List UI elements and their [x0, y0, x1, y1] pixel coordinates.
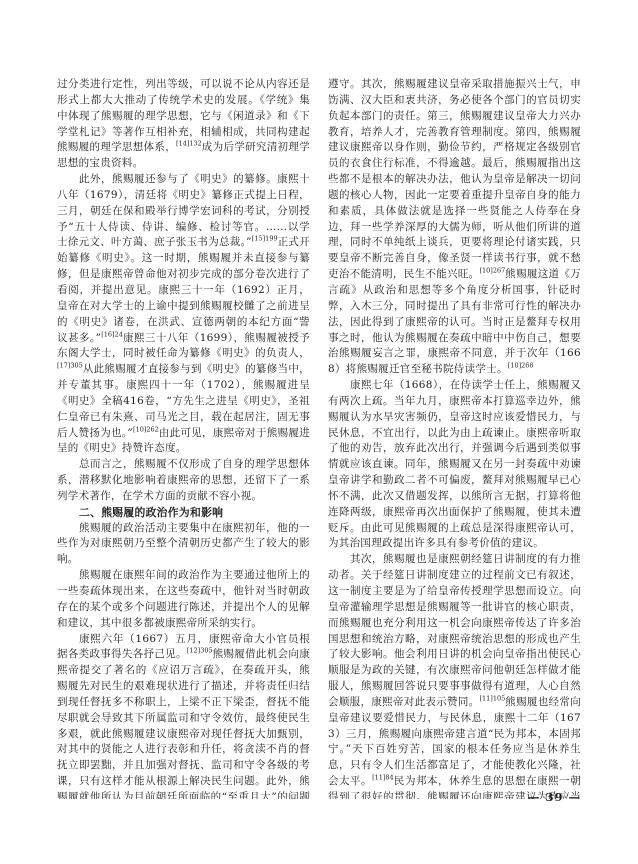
section-heading: 二、熊赐履的政治作为和影响 [57, 505, 310, 521]
paragraph: 其次，熊赐履也是康熙朝经筵日讲制度的有力推动者。关于经筵日讲制度建立的过程前文已… [328, 552, 581, 799]
body-text-run: 熊赐履也经常向皇帝建议要爱惜民力，与民休息，康熙十二年（1673）三月，熊赐履向… [328, 696, 581, 787]
page-number: — 39 — [528, 790, 581, 804]
citation-superscript: [10]268 [508, 362, 534, 370]
page-number-text: — 39 — [528, 790, 581, 804]
body-text-run: 熊赐履借此机会向康熙帝提交了著名的《应诏万言疏》，在奏疏开头，熊赐履先对民生的艰… [57, 648, 310, 799]
citation-superscript: [17]305 [57, 362, 83, 370]
text-column-right: 遵守。其次，熊赐履建议皇帝采取措施振兴士气，申饬满、汉大臣和衷共济，务必使各个部… [328, 77, 581, 799]
body-text-run: 遵守。其次，熊赐履建议皇帝采取措施振兴士气，申饬满、汉大臣和衷共济，务必使各个部… [328, 78, 581, 280]
body-text-run: 熊赐履的政治活动主要集中在康熙初年，他的一些作为对康熙朝乃至整个清朝历史都产生了… [57, 522, 310, 566]
citation-superscript: [11]105 [480, 694, 506, 702]
body-text-run: 正式开始纂修《明史》。这一时期，熊赐履并未直接参与纂修，但是康熙帝曾命他对初步完… [57, 236, 310, 343]
paragraph: 遵守。其次，熊赐履建议皇帝采取措施振兴士气，申饬满、汉大臣和衷共济，务必使各个部… [328, 77, 581, 378]
paragraph: 总而言之，熊赐履不仅形成了自身的理学思想体系，潜移默化地影响着康熙帝的思想，还留… [57, 457, 310, 505]
body-text-run: 二、熊赐履的政治作为和影响 [79, 506, 223, 519]
text-columns: 过分类进行定性，列出等级，可以说不论从内容还是形式上都大大推动了传统学术史的发展… [57, 77, 581, 799]
citation-superscript: [10]267 [480, 267, 506, 275]
citation-superscript: [14]132 [176, 140, 202, 148]
body-text-run: 康熙七年（1668），在侍读学士任上，熊赐履又有两次上疏。当年九月，康熙帝本打算… [328, 379, 581, 549]
citation-superscript: [11]84 [372, 774, 394, 782]
body-text-run: 总而言之，熊赐履不仅形成了自身的理学思想体系，潜移默化地影响着康熙帝的思想，还留… [57, 458, 310, 502]
citation-superscript: [16]24 [101, 330, 123, 338]
citation-superscript: [15]199 [252, 235, 278, 243]
paragraph: 康熙六年（1667）五月，康熙帝命大小官员根据各类政事得失各抒己见。[12]30… [57, 632, 310, 799]
paragraph: 康熙七年（1668），在侍读学士任上，熊赐履又有两次上疏。当年九月，康熙帝本打算… [328, 378, 581, 552]
citation-superscript: [12]305 [187, 647, 213, 655]
paragraph: 此外，熊赐履还参与了《明史》的纂修。康熙十八年（1679），清廷将《明史》纂修正… [57, 172, 310, 457]
body-text-run: 其次，熊赐履也是康熙朝经筵日讲制度的有力推动者。关于经筵日讲制度建立的过程前文已… [328, 553, 581, 708]
body-text-run: 熊赐履这道《万言疏》从政治和思想等多个角度分析国事，针砭时弊，入木三分，同时提出… [328, 268, 581, 375]
document-page: 过分类进行定性，列出等级，可以说不论从内容还是形式上都大大推动了传统学术史的发展… [0, 0, 638, 864]
paragraph: 熊赐履的政治活动主要集中在康熙初年，他的一些作为对康熙朝乃至整个清朝历史都产生了… [57, 521, 310, 569]
paragraph: 熊赐履在康熙年间的政治作为主要通过他所上的一些奏疏体现出来，在这些奏疏中，他针对… [57, 568, 310, 631]
body-text-run: 熊赐履在康熙年间的政治作为主要通过他所上的一些奏疏体现出来，在这些奏疏中，他针对… [57, 569, 310, 629]
citation-superscript: [10]262 [133, 425, 159, 433]
text-column-left: 过分类进行定性，列出等级，可以说不论从内容还是形式上都大大推动了传统学术史的发展… [57, 77, 310, 799]
paragraph: 过分类进行定性，列出等级，可以说不论从内容还是形式上都大大推动了传统学术史的发展… [57, 77, 310, 172]
